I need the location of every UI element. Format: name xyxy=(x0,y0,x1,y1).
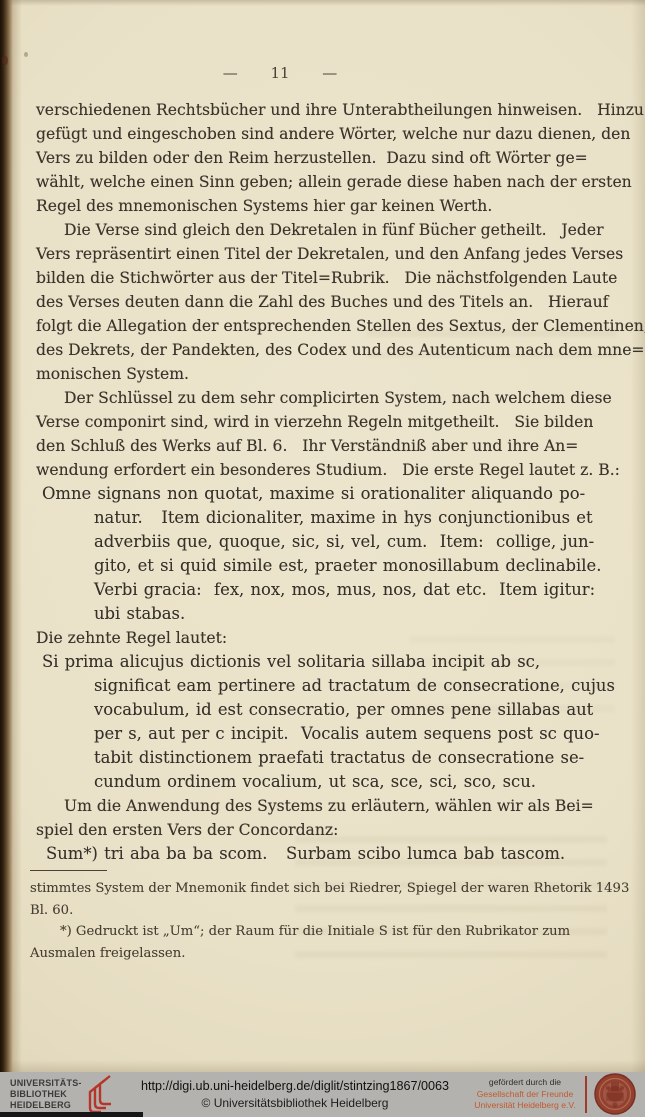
library-name: UNIVERSITÄTS- BIBLIOTHEK HEIDELBERG xyxy=(10,1078,82,1111)
library-name-line: BIBLIOTHEK xyxy=(10,1089,82,1100)
text-line: Si prima alicujus dictionis vel solitari… xyxy=(0,650,645,674)
body-text: verschiedenen Rechtsbücher und ihre Unte… xyxy=(0,98,645,866)
text-line: des Verses deuten dann die Zahl des Buch… xyxy=(0,290,645,314)
text-line: gefügt und eingeschoben sind andere Wört… xyxy=(0,122,645,146)
footnote-line: Bl. 60. xyxy=(0,900,645,922)
text-line: vocabulum, id est consecratio, per omnes… xyxy=(0,698,645,722)
text-line: den Schluß des Werks auf Bl. 6. Ihr Vers… xyxy=(0,434,645,458)
text-line: Verse componirt sind, wird in vierzehn R… xyxy=(0,410,645,434)
text-line: natur. Item dicionaliter, maxime in hys … xyxy=(0,506,645,530)
footer-divider xyxy=(585,1076,587,1113)
text-line: adverbiis que, quoque, sic, si, vel, cum… xyxy=(0,530,645,554)
text-line: significat eam pertinere ad tractatum de… xyxy=(0,674,645,698)
text-line: tabit distinctionem praefati tractatus d… xyxy=(0,746,645,770)
text-line: Sum*) tri aba ba ba scom. Surbam scibo l… xyxy=(0,842,645,866)
footnote-separator xyxy=(30,870,107,871)
text-line: Verbi gracia: fex, nox, mos, mus, nos, d… xyxy=(0,578,645,602)
scan-shadow xyxy=(0,1112,143,1117)
funding-line: Universität Heidelberg e.V. xyxy=(472,1100,578,1112)
text-line: wählt, welche einen Sinn geben; allein g… xyxy=(0,170,645,194)
text-line: monischen System. xyxy=(0,362,645,386)
paper: — 11 — verschiedenen Rechtsbücher und ih… xyxy=(0,0,645,1072)
footnote-line: *) Gedruckt ist „Um“; der Raum für die I… xyxy=(0,921,645,943)
footnote: stimmtes System der Mnemonik findet sich… xyxy=(0,878,645,964)
text-line: Vers repräsentirt einen Titel der Dekret… xyxy=(0,242,645,266)
text-line: des Dekrets, der Pandekten, des Codex un… xyxy=(0,338,645,362)
text-line: cundum ordinem vocalium, ut sca, sce, sc… xyxy=(0,770,645,794)
page-number: — 11 — xyxy=(0,64,560,82)
text-line: Die zehnte Regel lautet: xyxy=(0,626,645,650)
footer-center: http://digi.ub.uni-heidelberg.de/diglit/… xyxy=(115,1079,475,1110)
footer-bar: UNIVERSITÄTS- BIBLIOTHEK HEIDELBERG http… xyxy=(0,1072,645,1117)
text-line: wendung erfordert ein besonderes Studium… xyxy=(0,458,645,482)
library-name-line: HEIDELBERG xyxy=(10,1100,82,1111)
text-line: Regel des mnemonischen Systems hier gar … xyxy=(0,194,645,218)
library-name-line: UNIVERSITÄTS- xyxy=(10,1078,82,1089)
funding-line: gefördert durch die xyxy=(472,1077,578,1089)
text-line: folgt die Allegation der entsprechenden … xyxy=(0,314,645,338)
funding-note: gefördert durch die Gesellschaft der Fre… xyxy=(472,1077,578,1112)
text-line: Die Verse sind gleich den Dekretalen in … xyxy=(0,218,645,242)
footnote-line: stimmtes System der Mnemonik findet sich… xyxy=(0,878,645,900)
funding-line: Gesellschaft der Freunde xyxy=(472,1089,578,1101)
text-line: Um die Anwendung des Systems zu erläuter… xyxy=(0,794,645,818)
footnote-line: Ausmalen freigelassen. xyxy=(0,943,645,965)
text-line: gito, et si quid simile est, praeter mon… xyxy=(0,554,645,578)
text-line: Vers zu bilden oder den Reim herzustelle… xyxy=(0,146,645,170)
text-line: per s, aut per c incipit. Vocalis autem … xyxy=(0,722,645,746)
text-line: ubi stabas. xyxy=(0,602,645,626)
digitization-url: http://digi.ub.uni-heidelberg.de/diglit/… xyxy=(115,1079,475,1093)
copyright-line: © Universitätsbibliothek Heidelberg xyxy=(115,1096,475,1110)
paper-speck xyxy=(24,52,28,57)
text-line: Omne signans non quotat, maxime si orati… xyxy=(0,482,645,506)
text-line: spiel den ersten Vers der Concordanz: xyxy=(0,818,645,842)
text-line: verschiedenen Rechtsbücher und ihre Unte… xyxy=(0,98,645,122)
scanned-book-page: — 11 — verschiedenen Rechtsbücher und ih… xyxy=(0,0,645,1117)
text-line: bilden die Stichwörter aus der Titel=Rub… xyxy=(0,266,645,290)
university-seal-icon xyxy=(594,1073,636,1117)
text-line: Der Schlüssel zu dem sehr complicirten S… xyxy=(0,386,645,410)
